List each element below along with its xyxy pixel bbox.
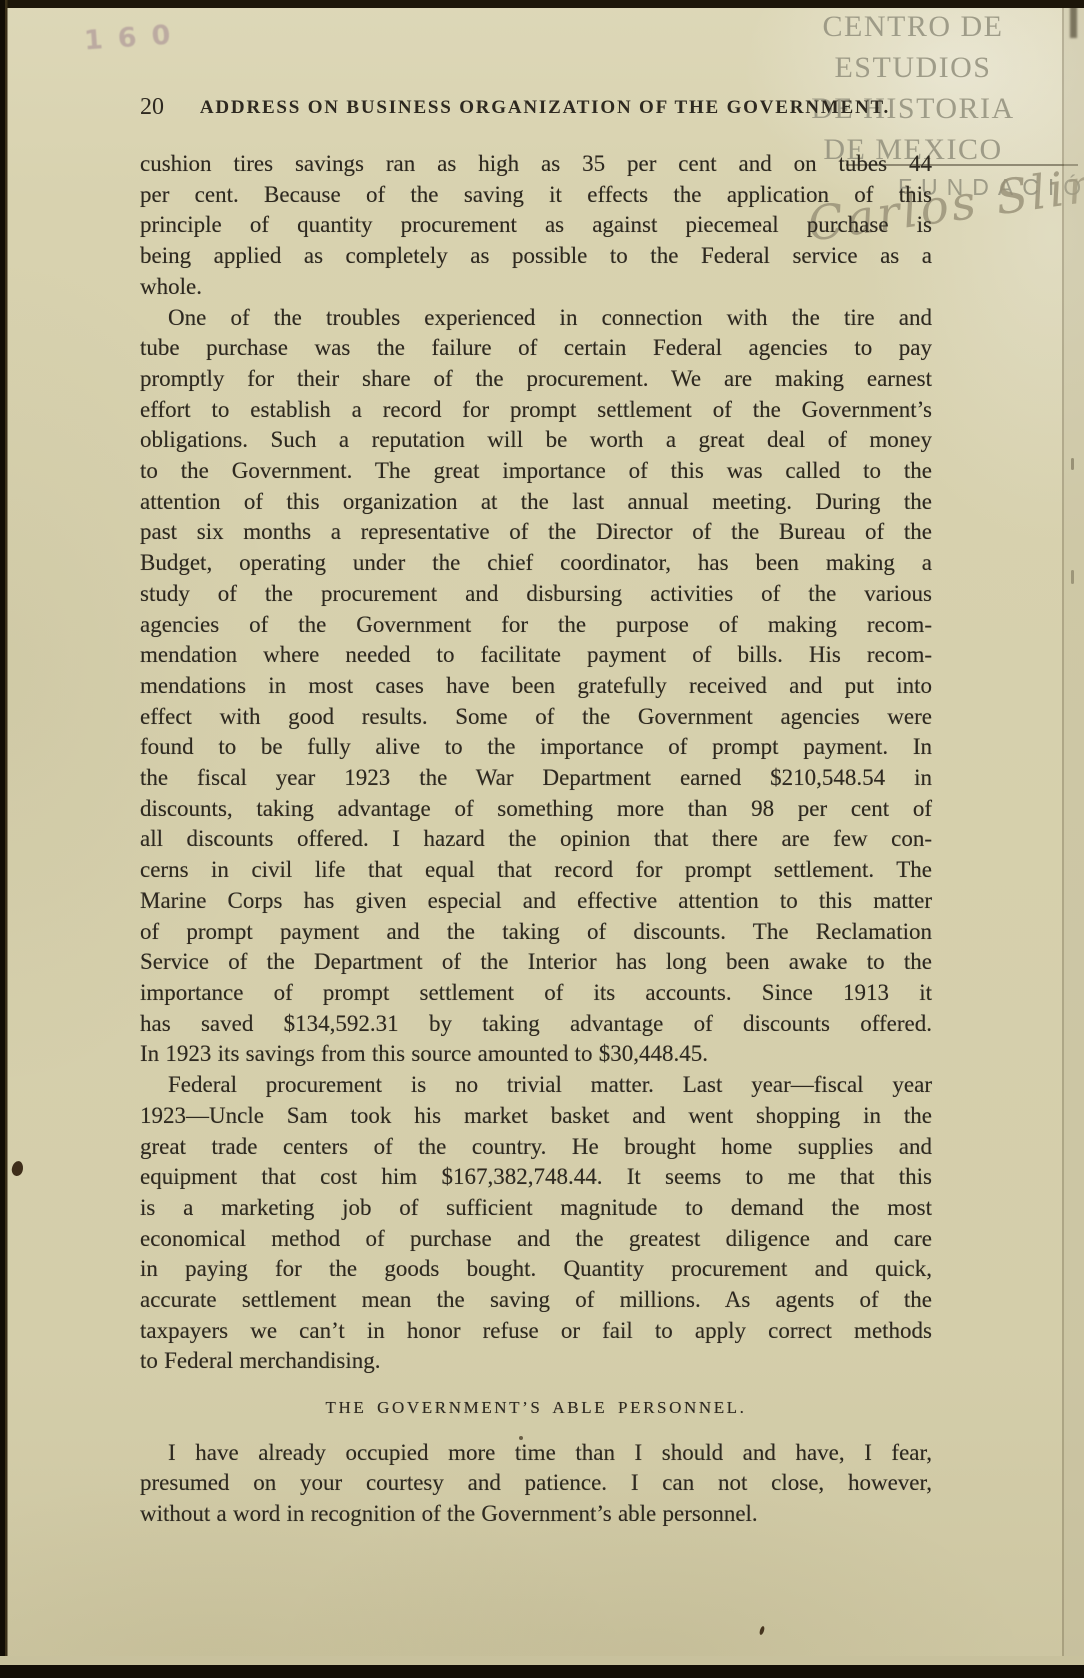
text-line: presumed on your courtesy and patience. … xyxy=(140,1468,932,1498)
text-line: all discounts offered. I hazard the opin… xyxy=(140,824,932,855)
scan-edge-left xyxy=(0,0,8,1678)
text-line: of prompt payment and the taking of disc… xyxy=(140,917,932,948)
running-header: 20 ADDRESS ON BUSINESS ORGANIZATION OF T… xyxy=(140,94,932,120)
text-line: great trade centers of the country. He b… xyxy=(140,1132,932,1163)
scanned-book-page: CENTRO DEESTUDIOSDE HISTORIADE MEXICO FU… xyxy=(0,0,1084,1678)
text-line: in paying for the goods bought. Quantity… xyxy=(140,1254,932,1285)
text-line: to the Government. The great importance … xyxy=(140,456,932,487)
text-line: importance of prompt settlement of its a… xyxy=(140,978,932,1009)
text-line: found to be fully alive to the importanc… xyxy=(140,732,932,763)
text-line: past six months a representative of the … xyxy=(140,517,932,548)
text-line: mendation where needed to facilitate pay… xyxy=(140,640,932,671)
ink-speck xyxy=(519,1436,523,1440)
text-line: being applied as completely as possible … xyxy=(140,241,932,272)
text-line: accurate settlement mean the saving of m… xyxy=(140,1285,932,1316)
watermark-stamp: CENTRO DEESTUDIOSDE HISTORIADE MEXICO xyxy=(810,6,1016,170)
section-heading: THE GOVERNMENT’S ABLE PERSONNEL. xyxy=(140,1398,932,1418)
text-line: cerns in civil life that equal that reco… xyxy=(140,855,932,886)
page-body-text: cushion tires savings ran as high as 35 … xyxy=(140,149,932,1377)
text-line: without a word in recognition of the Gov… xyxy=(140,1499,932,1529)
text-line: taxpayers we can’t in honor refuse or fa… xyxy=(140,1316,932,1347)
text-line: Budget, operating under the chief coordi… xyxy=(140,548,932,579)
text-line: whole. xyxy=(140,272,932,303)
archive-stamp-number: 160 xyxy=(83,19,186,57)
text-line: principle of quantity procurement as aga… xyxy=(140,210,932,241)
paragraph-3: Federal procurement is no trivial matter… xyxy=(140,1070,932,1377)
text-line: per cent. Because of the saving it effec… xyxy=(140,180,932,211)
ink-blot xyxy=(11,1160,25,1177)
text-line: discounts, taking advantage of something… xyxy=(140,794,932,825)
paragraph-1: cushion tires savings ran as high as 35 … xyxy=(140,149,932,303)
text-line: equipment that cost him $167,382,748.44.… xyxy=(140,1162,932,1193)
ink-speck xyxy=(759,1626,766,1636)
text-line: 1923—Uncle Sam took his market basket an… xyxy=(140,1101,932,1132)
paragraph-2: One of the troubles experienced in conne… xyxy=(140,303,932,1071)
watermark-line: ESTUDIOS xyxy=(810,47,1016,88)
text-line: In 1923 its savings from this source amo… xyxy=(140,1039,932,1070)
page-bottom-edge xyxy=(0,1656,1084,1665)
text-line: obligations. Such a reputation will be w… xyxy=(140,425,932,456)
text-line: study of the procurement and disbursing … xyxy=(140,579,932,610)
text-line: is a marketing job of sufficient magnitu… xyxy=(140,1193,932,1224)
scan-edge-bottom xyxy=(0,1665,1084,1678)
text-line: to Federal merchandising. xyxy=(140,1346,932,1377)
running-header-title: ADDRESS ON BUSINESS ORGANIZATION OF THE … xyxy=(192,97,898,119)
text-line: One of the troubles experienced in conne… xyxy=(140,303,932,334)
text-line: effort to establish a record for prompt … xyxy=(140,395,932,426)
text-line: effect with good results. Some of the Go… xyxy=(140,702,932,733)
text-line: promptly for their share of the procurem… xyxy=(140,364,932,395)
text-line: has saved $134,592.31 by taking advantag… xyxy=(140,1009,932,1040)
text-line: Marine Corps has given especial and effe… xyxy=(140,886,932,917)
watermark-line: CENTRO DE xyxy=(810,6,1016,47)
text-line: agencies of the Government for the purpo… xyxy=(140,610,932,641)
page-edge-right xyxy=(1064,0,1084,1678)
text-line: mendations in most cases have been grate… xyxy=(140,671,932,702)
text-line: cushion tires savings ran as high as 35 … xyxy=(140,149,932,180)
scan-edge-top xyxy=(0,0,1084,8)
paragraph-4: I have already occupied more time than I… xyxy=(140,1438,932,1529)
text-line: I have already occupied more time than I… xyxy=(140,1438,932,1468)
page-number: 20 xyxy=(140,94,164,121)
text-line: the fiscal year 1923 the War Department … xyxy=(140,763,932,794)
text-line: Federal procurement is no trivial matter… xyxy=(140,1070,932,1101)
text-line: economical method of purchase and the gr… xyxy=(140,1224,932,1255)
text-line: tube purchase was the failure of certain… xyxy=(140,333,932,364)
text-line: Service of the Department of the Interio… xyxy=(140,947,932,978)
text-line: attention of this organization at the la… xyxy=(140,487,932,518)
